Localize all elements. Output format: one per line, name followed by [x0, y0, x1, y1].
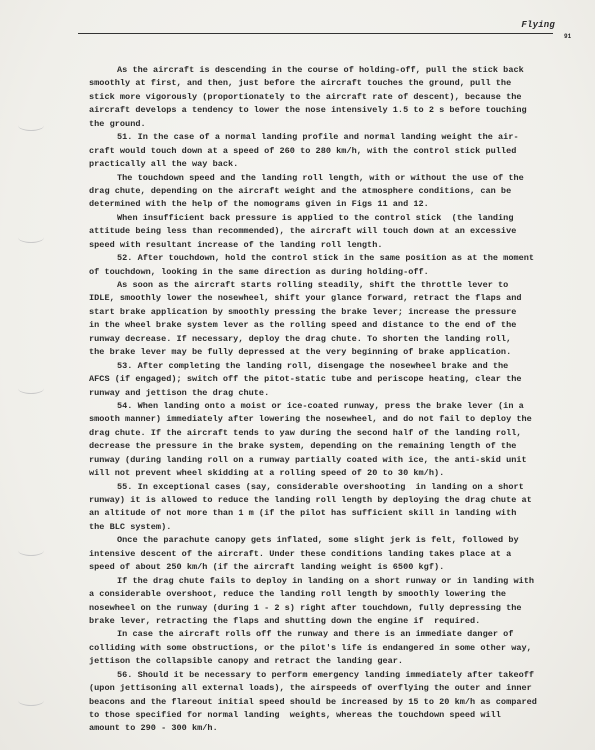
paragraph: When insufficient back pressure is appli…: [89, 212, 559, 252]
paragraph-line: (upon jettisoning all external loads), t…: [89, 682, 559, 695]
paragraph-line: speed with resultant increase of the lan…: [89, 239, 559, 252]
paragraph-first-line: In case the aircraft rolls off the runwa…: [89, 628, 559, 641]
paragraph: If the drag chute fails to deploy in lan…: [89, 575, 559, 629]
paragraph-line: stick more vigorously (proportionately t…: [89, 91, 559, 104]
paragraph-line: of touchdown, looking in the same direct…: [89, 266, 559, 279]
paragraph-line: the ground.: [89, 118, 559, 131]
paragraph-line: speed of about 250 km/h (if the aircraft…: [89, 561, 559, 574]
paragraph-line: colliding with some obstructions, or the…: [89, 642, 559, 655]
paragraph: 51. In the case of a normal landing prof…: [89, 131, 559, 171]
punch-hole-mark: [18, 120, 44, 131]
paragraph-line: brake lever, retracting the flaps and sh…: [89, 615, 559, 628]
paragraph-first-line: 52. After touchdown, hold the control st…: [89, 252, 559, 265]
paragraph: As the aircraft is descending in the cou…: [89, 64, 559, 131]
paragraph-line: attitude being less than recommended), t…: [89, 225, 559, 238]
page-number: 91: [564, 33, 571, 40]
paragraph-line: will not prevent wheel skidding at a rol…: [89, 467, 559, 480]
header-rule: [78, 33, 553, 34]
paragraph: 56. Should it be necessary to perform em…: [89, 669, 559, 736]
paragraph-line: practically all the way back.: [89, 158, 559, 171]
paragraph-line: runway decrease. If necessary, deploy th…: [89, 333, 559, 346]
paragraph: 53. After completing the landing roll, d…: [89, 360, 559, 400]
paragraph-line: runway (during landing roll on a runway …: [89, 454, 559, 467]
paragraph-line: the BLC system).: [89, 521, 559, 534]
paragraph: 55. In exceptional cases (say, considera…: [89, 481, 559, 535]
paragraph-line: drag chute. If the aircraft tends to yaw…: [89, 427, 559, 440]
paragraph-line: craft would touch down at a speed of 260…: [89, 145, 559, 158]
punch-hole-mark: [18, 383, 44, 394]
document-page: Flying 91 As the aircraft is descending …: [0, 0, 595, 750]
paragraph-first-line: When insufficient back pressure is appli…: [89, 212, 559, 225]
paragraph-line: jettison the collapsible canopy and retr…: [89, 655, 559, 668]
paragraph-first-line: As the aircraft is descending in the cou…: [89, 64, 559, 77]
paragraph-line: determined with the help of the nomogram…: [89, 198, 559, 211]
paragraph-first-line: As soon as the aircraft starts rolling s…: [89, 279, 559, 292]
paragraph-line: intensive descent of the aircraft. Under…: [89, 548, 559, 561]
paragraph-first-line: 55. In exceptional cases (say, considera…: [89, 481, 559, 494]
punch-hole-mark: [18, 545, 44, 556]
paragraph-line: AFCS (if engaged); switch off the pitot-…: [89, 373, 559, 386]
running-header: Flying: [78, 20, 558, 40]
paragraph-line: nosewheel on the runway (during 1 - 2 s)…: [89, 602, 559, 615]
paragraph-line: IDLE, smoothly lower the nosewheel, shif…: [89, 292, 559, 305]
paragraph-line: smooth manner) immediately after lowerin…: [89, 413, 559, 426]
paragraph-first-line: The touchdown speed and the landing roll…: [89, 172, 559, 185]
paragraph-first-line: 56. Should it be necessary to perform em…: [89, 669, 559, 682]
paragraph: The touchdown speed and the landing roll…: [89, 172, 559, 212]
paragraph-line: in the wheel brake system lever as the r…: [89, 319, 559, 332]
paragraph-line: runway) it is allowed to reduce the land…: [89, 494, 559, 507]
paragraph-line: amount to 290 - 300 km/h.: [89, 722, 559, 735]
paragraph-first-line: 53. After completing the landing roll, d…: [89, 360, 559, 373]
paragraph-line: to those specified for normal landing we…: [89, 709, 559, 722]
paragraph-line: decrease the pressure in the brake syste…: [89, 440, 559, 453]
paragraph: 52. After touchdown, hold the control st…: [89, 252, 559, 279]
paragraph-first-line: 54. When landing onto a moist or ice-coa…: [89, 400, 559, 413]
paragraph-first-line: 51. In the case of a normal landing prof…: [89, 131, 559, 144]
paragraph-line: aircraft develops a tendency to lower th…: [89, 104, 559, 117]
paragraph-line: start brake application by smoothly pres…: [89, 306, 559, 319]
paragraph: In case the aircraft rolls off the runwa…: [89, 628, 559, 668]
punch-hole-mark: [18, 232, 44, 243]
paragraph-line: smoothly at first, and then, just before…: [89, 77, 559, 90]
paragraph-line: a considerable overshoot, reduce the lan…: [89, 588, 559, 601]
paragraph-line: the brake lever may be fully depressed a…: [89, 346, 559, 359]
paragraph: 54. When landing onto a moist or ice-coa…: [89, 400, 559, 481]
section-title: Flying: [521, 20, 555, 30]
paragraph-line: an altitude of not more than 1 m (if the…: [89, 507, 559, 520]
paragraph: As soon as the aircraft starts rolling s…: [89, 279, 559, 360]
paragraph-line: runway and jettison the drag chute.: [89, 387, 559, 400]
paragraph-first-line: If the drag chute fails to deploy in lan…: [89, 575, 559, 588]
body-text: As the aircraft is descending in the cou…: [89, 64, 559, 736]
paragraph-line: drag chute, depending on the aircraft we…: [89, 185, 559, 198]
paragraph-line: beacons and the flareout initial speed s…: [89, 696, 559, 709]
punch-hole-mark: [18, 695, 44, 706]
paragraph-first-line: Once the parachute canopy gets inflated,…: [89, 534, 559, 547]
paragraph: Once the parachute canopy gets inflated,…: [89, 534, 559, 574]
